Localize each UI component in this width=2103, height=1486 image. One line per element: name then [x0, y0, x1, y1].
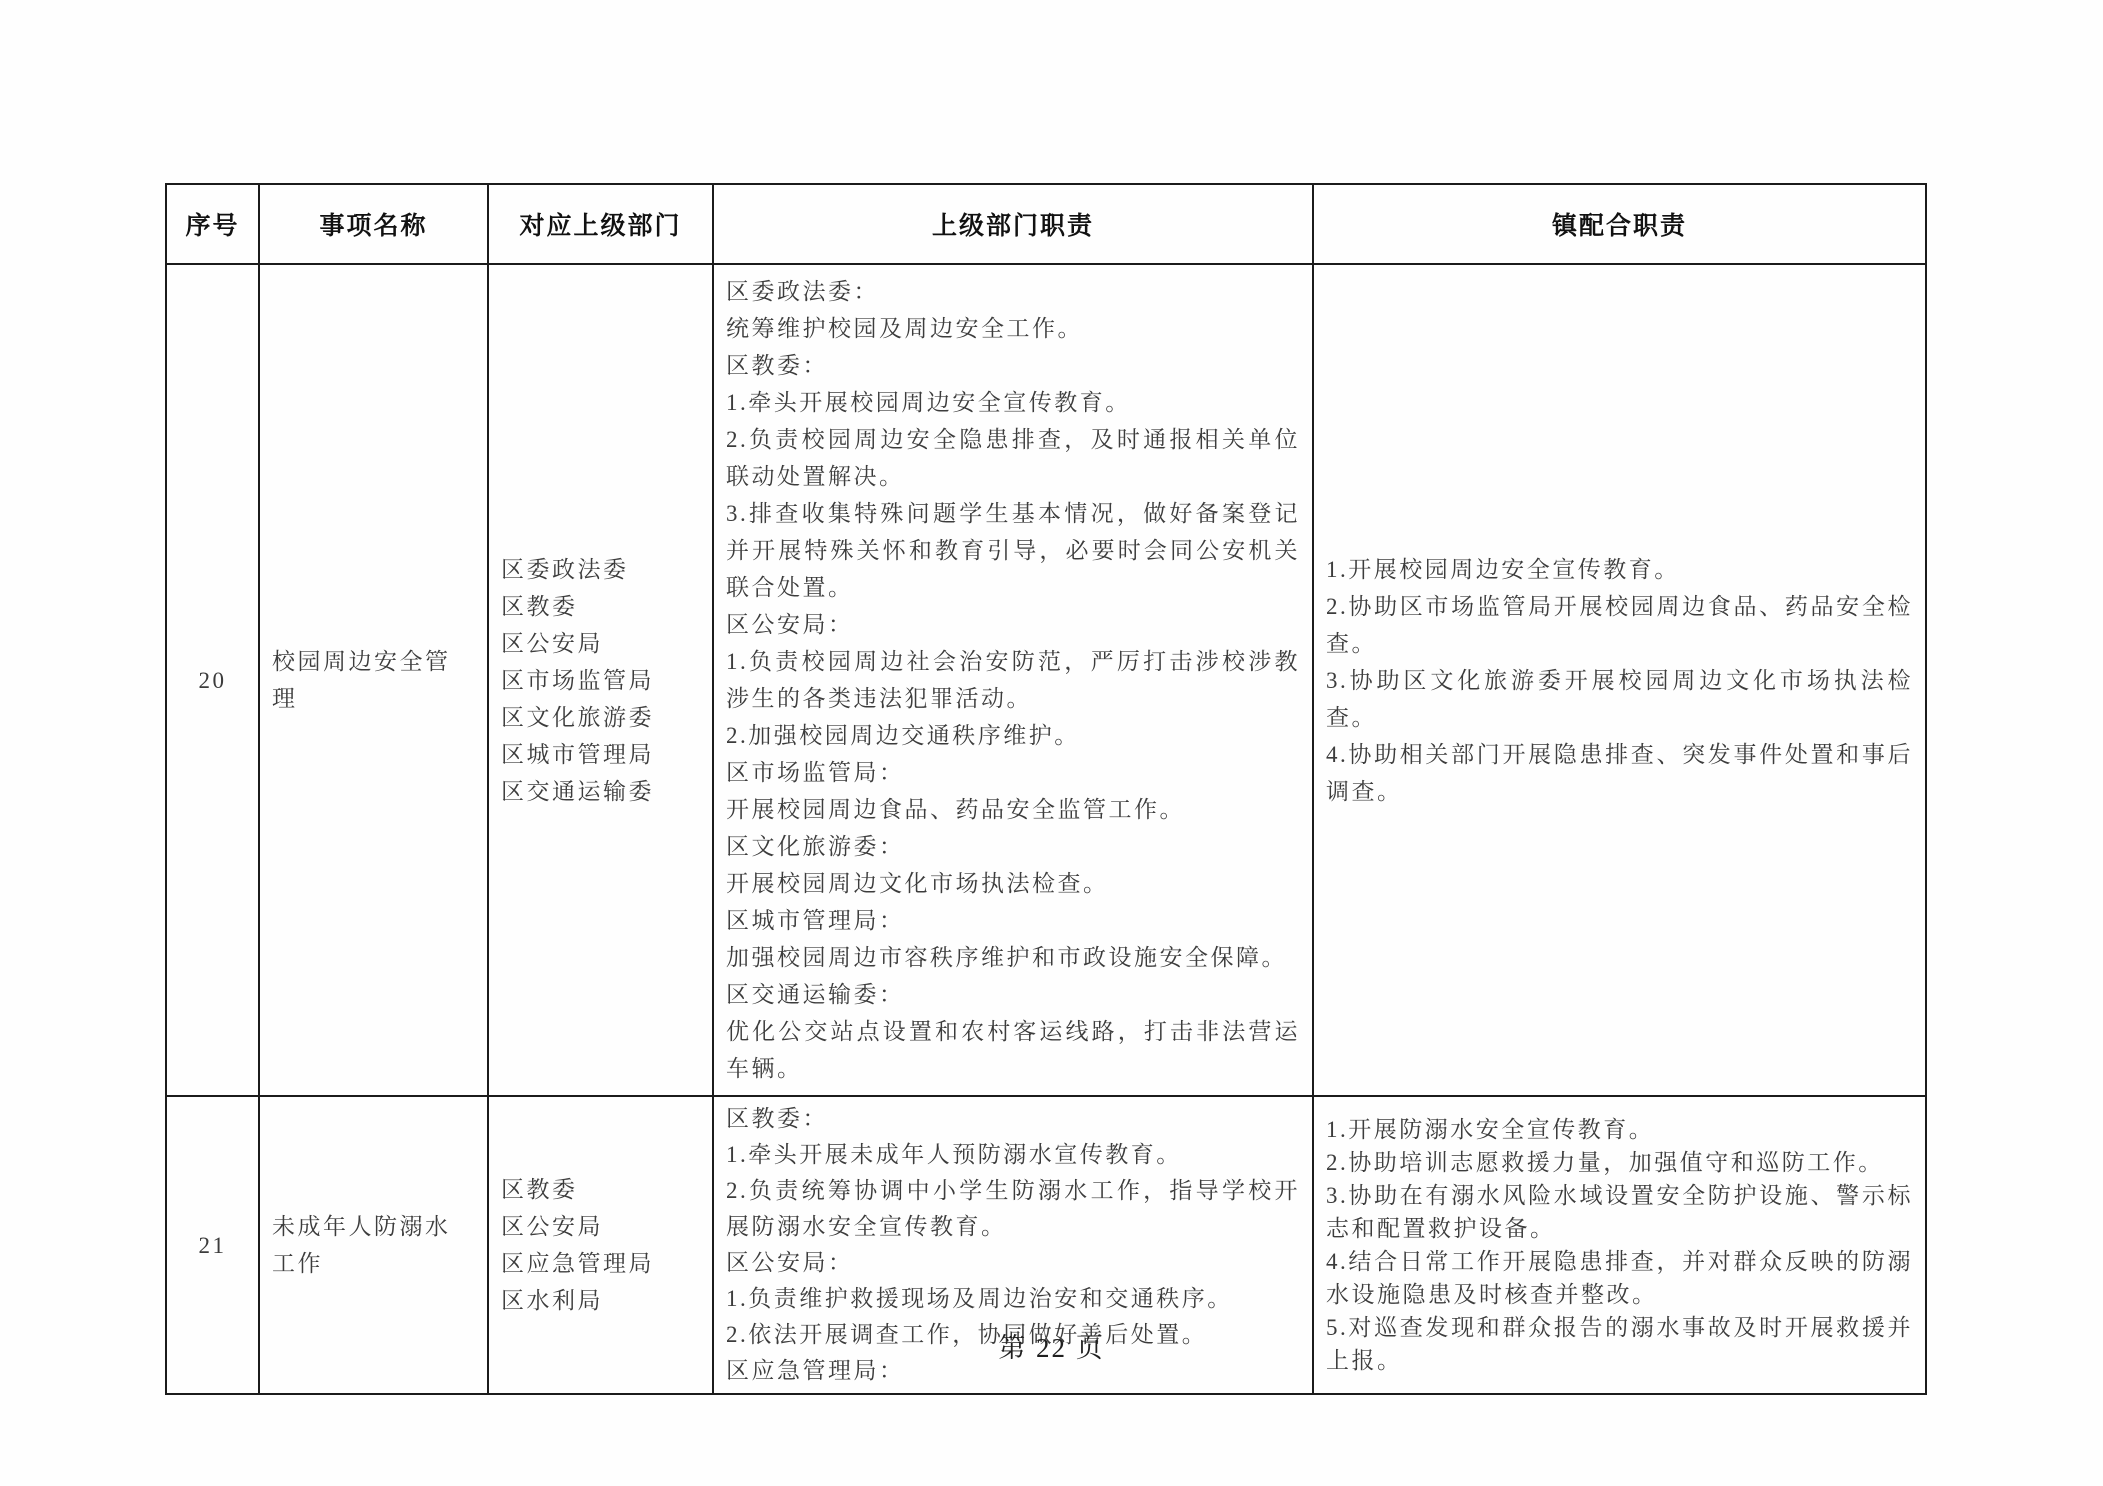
table-header-row: 序号 事项名称 对应上级部门 上级部门职责 镇配合职责: [166, 184, 1926, 264]
page-number: 第 22 页: [0, 1326, 2103, 1365]
cell-serial-number: 20: [166, 264, 259, 1096]
header-item-name: 事项名称: [259, 184, 488, 264]
responsibilities-table: 序号 事项名称 对应上级部门 上级部门职责 镇配合职责 20 校园周边安全管理 …: [165, 183, 1927, 1395]
cell-town-duties: 1.开展校园周边安全宣传教育。 2.协助区市场监管局开展校园周边食品、药品安全检…: [1313, 264, 1926, 1096]
cell-superior-departments: 区委政法委 区教委 区公安局 区市场监管局 区文化旅游委 区城市管理局 区交通运…: [488, 264, 713, 1096]
header-superior-department: 对应上级部门: [488, 184, 713, 264]
table-row-20: 20 校园周边安全管理 区委政法委 区教委 区公安局 区市场监管局 区文化旅游委…: [166, 264, 1926, 1096]
header-serial-number: 序号: [166, 184, 259, 264]
header-town-duties: 镇配合职责: [1313, 184, 1926, 264]
header-superior-duties: 上级部门职责: [713, 184, 1313, 264]
document-page: 序号 事项名称 对应上级部门 上级部门职责 镇配合职责 20 校园周边安全管理 …: [0, 0, 2103, 1486]
cell-item-name: 校园周边安全管理: [259, 264, 488, 1096]
cell-superior-duties: 区委政法委： 统筹维护校园及周边安全工作。 区教委： 1.牵头开展校园周边安全宣…: [713, 264, 1313, 1096]
